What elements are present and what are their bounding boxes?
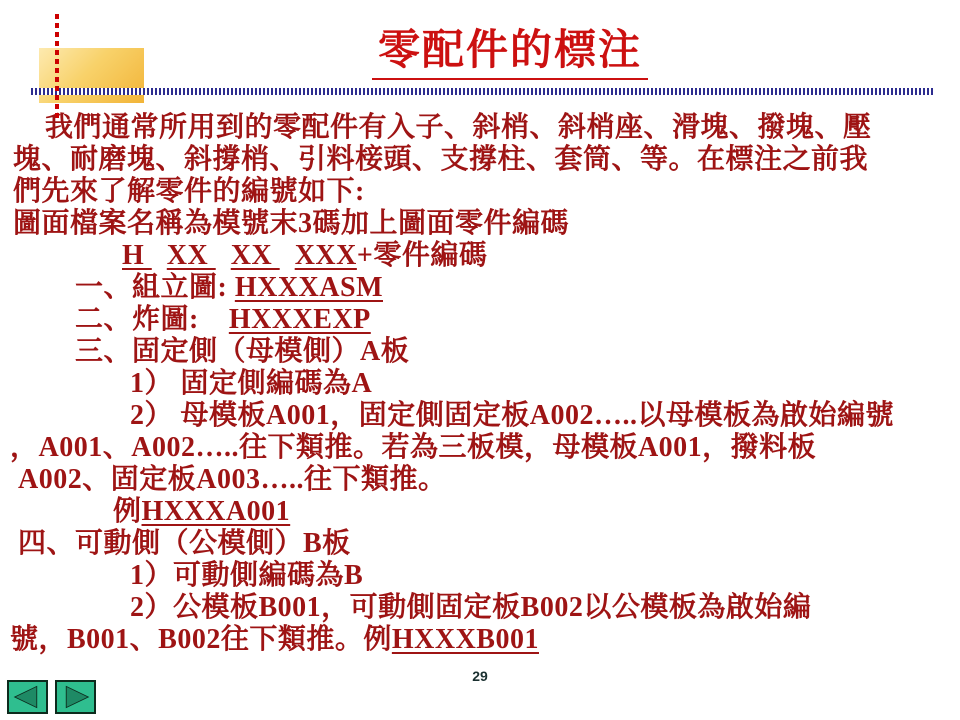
body-line: 們先來了解零件的編號如下:	[0, 176, 950, 208]
body-line: 一、組立圖: HXXXASM	[0, 272, 950, 304]
text-segment: ，A001、A002…..往下類推。若為三板模，母模板A001，撥料板	[10, 432, 816, 463]
underlined-code-text: HXXXA001	[142, 496, 291, 527]
body-line: 三、固定側（母模側）A板	[0, 336, 950, 368]
text-segment: 1）可動側編碼為B	[130, 560, 363, 591]
text-segment: 三、固定側（母模側）A板	[75, 336, 409, 367]
slide-canvas: { "slide": { "title": "零配件的標注", "page_nu…	[0, 0, 960, 720]
text-segment: A002、固定板A003…..往下類推。	[18, 464, 446, 495]
body-line: 例HXXXA001	[0, 496, 950, 528]
body-line: 我們通常所用到的零配件有入子、斜梢、斜梢座、滑塊、撥塊、壓	[0, 112, 950, 144]
page-number: 29	[0, 668, 960, 684]
underlined-code-text: H	[122, 240, 152, 271]
underlined-code-text: XXX	[295, 240, 357, 271]
divider-bar	[31, 88, 935, 95]
body-text: 我們通常所用到的零配件有入子、斜梢、斜梢座、滑塊、撥塊、壓 塊、耐磨塊、斜撐梢、…	[0, 112, 950, 656]
left-triangle-icon	[9, 682, 46, 712]
underlined-code-text: HXXXEXP	[229, 304, 371, 335]
body-line: 四、可動側（公模側）B板	[0, 528, 950, 560]
text-segment: 號，B001、B002往下類推。例	[10, 624, 392, 655]
body-line: 2） 母模板A001，固定側固定板A002…..以母模板為啟始編號	[0, 400, 950, 432]
underlined-code-text: XX	[167, 240, 216, 271]
text-segment	[216, 240, 231, 271]
dotted-line	[55, 14, 59, 122]
text-segment: 1） 固定側編碼為A	[130, 368, 372, 399]
body-line: ，A001、A002…..往下類推。若為三板模，母模板A001，撥料板	[0, 432, 950, 464]
body-line: H XX XX XXX+零件編碼	[0, 240, 950, 272]
text-segment: 塊、耐磨塊、斜撐梢、引料椄頭、支撐柱、套筒、等。在標注之前我	[13, 144, 868, 175]
underlined-code-text: HXXXASM	[235, 272, 383, 303]
body-line: 1） 固定側編碼為A	[0, 368, 950, 400]
body-line: 1）可動側編碼為B	[0, 560, 950, 592]
body-line: 二、炸圖: HXXXEXP	[0, 304, 950, 336]
body-line: 塊、耐磨塊、斜撐梢、引料椄頭、支撐柱、套筒、等。在標注之前我	[0, 144, 950, 176]
text-segment: 二、炸圖:	[75, 304, 229, 335]
text-segment: 2） 母模板A001，固定側固定板A002…..以母模板為啟始編號	[130, 400, 894, 431]
title-wrap: 零配件的標注	[0, 26, 960, 80]
text-segment: 例	[113, 496, 142, 527]
underlined-code-text: HXXXB001	[392, 624, 539, 655]
text-segment: 圖面檔案名稱為模號末3碼加上圖面零件編碼	[13, 208, 569, 239]
text-segment	[152, 240, 167, 271]
text-segment: 一、組立圖:	[75, 272, 235, 303]
text-segment: 2）公模板B001，可動側固定板B002以公模板為啟始編	[130, 592, 811, 623]
text-segment: 我們通常所用到的零配件有入子、斜梢、斜梢座、滑塊、撥塊、壓	[45, 112, 872, 143]
previous-slide-button[interactable]	[7, 680, 48, 714]
body-line: 圖面檔案名稱為模號末3碼加上圖面零件編碼	[0, 208, 950, 240]
body-line: A002、固定板A003…..往下類推。	[0, 464, 950, 496]
slide-title: 零配件的標注	[372, 26, 648, 80]
text-segment: 們先來了解零件的編號如下:	[13, 176, 365, 207]
underlined-code-text: XX	[231, 240, 280, 271]
right-triangle-icon	[57, 682, 94, 712]
body-line: 2）公模板B001，可動側固定板B002以公模板為啟始編	[0, 592, 950, 624]
text-segment	[280, 240, 295, 271]
text-segment: 四、可動側（公模側）B板	[18, 528, 351, 559]
next-slide-button[interactable]	[55, 680, 96, 714]
body-line: 號，B001、B002往下類推。例HXXXB001	[0, 624, 950, 656]
text-segment: +零件編碼	[357, 240, 487, 271]
